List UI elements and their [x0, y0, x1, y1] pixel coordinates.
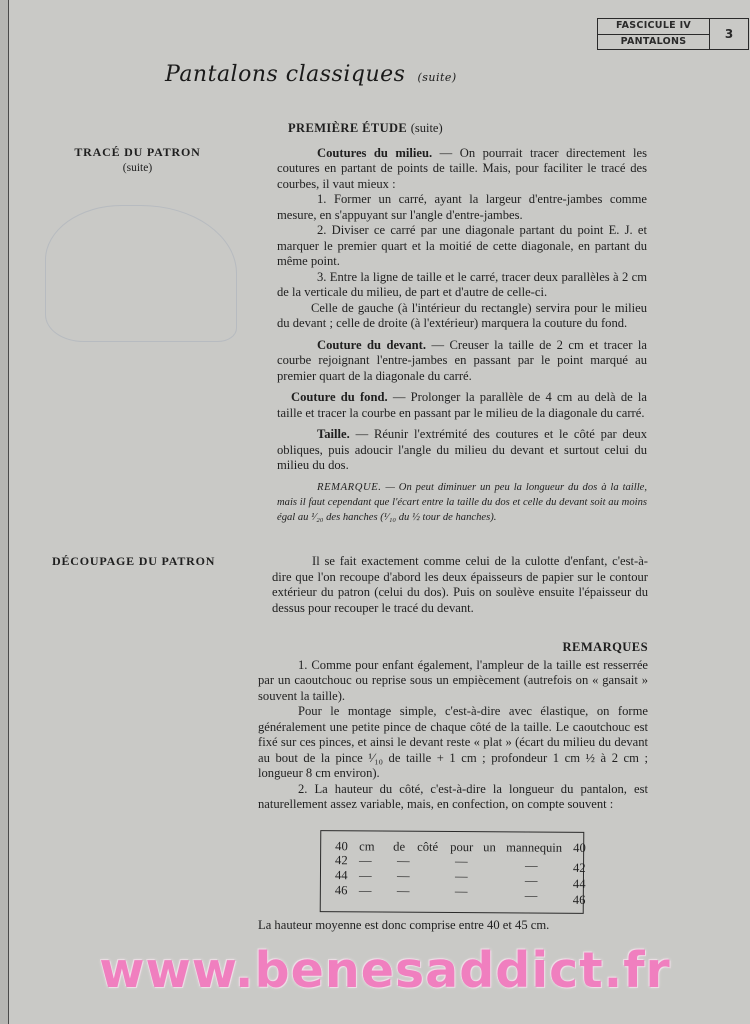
header-cote: côté	[417, 840, 438, 855]
remarque-paragraph: REMARQUE. — On peut diminuer un peu la l…	[277, 480, 647, 525]
coutures-milieu-label: Coutures du milieu.	[317, 146, 432, 160]
dash: —	[397, 854, 410, 869]
step-2: 2. Diviser ce carré par une diagonale pa…	[277, 223, 647, 270]
trace-section: PREMIÈRE ÉTUDE (suite) Coutures du milie…	[277, 121, 647, 525]
couture-devant-paragraph: Couture du devant. — Creuser la taille d…	[277, 338, 647, 385]
dash: —	[525, 889, 538, 904]
decoupage-section: Il se fait exactement comme celui de la …	[272, 554, 648, 616]
header-de: de	[393, 840, 405, 855]
watermark: www.benesaddict.fr	[65, 942, 705, 999]
dash: —	[455, 854, 468, 869]
conclusion-text: La hauteur moyenne est donc comprise ent…	[258, 918, 549, 933]
section-heading: PREMIÈRE ÉTUDE (suite)	[288, 121, 647, 137]
title-suffix: (suite)	[417, 71, 456, 84]
couture-fond-paragraph: Couture du fond. — Prolonger la parallèl…	[277, 390, 647, 421]
remarque-1: 1. Comme pour enfant également, l'ampleu…	[258, 658, 648, 705]
dash: —	[397, 869, 410, 884]
couture-fond-label: Couture du fond.	[291, 390, 388, 404]
row-mannequin: 46	[573, 893, 586, 908]
table-row: 42 — — — — 42	[335, 853, 575, 870]
header-un: un	[483, 840, 496, 855]
dash: —	[359, 853, 372, 868]
title-main: Pantalons classiques	[165, 62, 405, 87]
coutures-milieu-paragraph: Coutures du milieu. — On pourrait tracer…	[277, 146, 647, 193]
faint-pattern-drawing	[45, 205, 237, 342]
remarque-2: 2. La hauteur du côté, c'est-à-dire la l…	[258, 782, 648, 813]
header-40: 40	[335, 839, 348, 854]
dash: —	[397, 884, 410, 899]
header-pour: pour	[450, 840, 473, 855]
sidebar-heading-trace: TRACÉ DU PATRON (suite)	[60, 145, 215, 174]
page-edge	[0, 0, 9, 1024]
dash: —	[455, 884, 468, 899]
dash: —	[359, 868, 372, 883]
step-note: Celle de gauche (à l'intérieur du rectan…	[277, 301, 647, 332]
remarque-label: REMARQUE.	[317, 482, 382, 493]
fascicule-label: FASCICULE IV	[598, 19, 709, 35]
premiere-etude-heading: PREMIÈRE ÉTUDE	[288, 121, 407, 135]
table-row: 44 — — — — 44	[335, 868, 575, 885]
section-label: PANTALONS	[598, 35, 709, 50]
remarques-section: REMARQUES 1. Comme pour enfant également…	[258, 640, 648, 813]
taille-label: Taille.	[317, 427, 350, 441]
decoupage-paragraph: Il se fait exactement comme celui de la …	[272, 554, 648, 616]
fascicule-header-box: FASCICULE IV PANTALONS 3	[597, 18, 749, 50]
row-cm: 46	[335, 883, 348, 898]
step-3: 3. Entre la ligne de taille et le carré,…	[277, 270, 647, 301]
row-cm: 42	[335, 853, 348, 868]
dash: —	[359, 883, 372, 898]
step-1: 1. Former un carré, ayant la largeur d'e…	[277, 192, 647, 223]
header-cm: cm	[359, 839, 374, 854]
remarques-heading: REMARQUES	[258, 640, 648, 656]
trace-heading: TRACÉ DU PATRON	[74, 145, 200, 159]
page-title: Pantalons classiques(suite)	[165, 62, 457, 87]
taille-paragraph: Taille. — Réunir l'extrémité des couture…	[277, 427, 647, 474]
couture-devant-label: Couture du devant.	[317, 338, 426, 352]
table-row: 46 — — — — 46	[335, 883, 575, 900]
dash: —	[455, 869, 468, 884]
height-table: 40 cm de côté pour un mannequin 40 42 — …	[320, 830, 585, 914]
header-mannequin-40: 40	[573, 841, 586, 856]
decoupage-heading: DÉCOUPAGE DU PATRON	[52, 554, 215, 568]
row-cm: 44	[335, 868, 348, 883]
remarque-montage: Pour le montage simple, c'est-à-dire ave…	[258, 704, 648, 782]
heading-suffix: (suite)	[411, 121, 443, 135]
sidebar-heading-decoupage: DÉCOUPAGE DU PATRON	[52, 554, 215, 569]
page-number: 3	[710, 19, 748, 49]
trace-sub: (suite)	[60, 162, 215, 174]
